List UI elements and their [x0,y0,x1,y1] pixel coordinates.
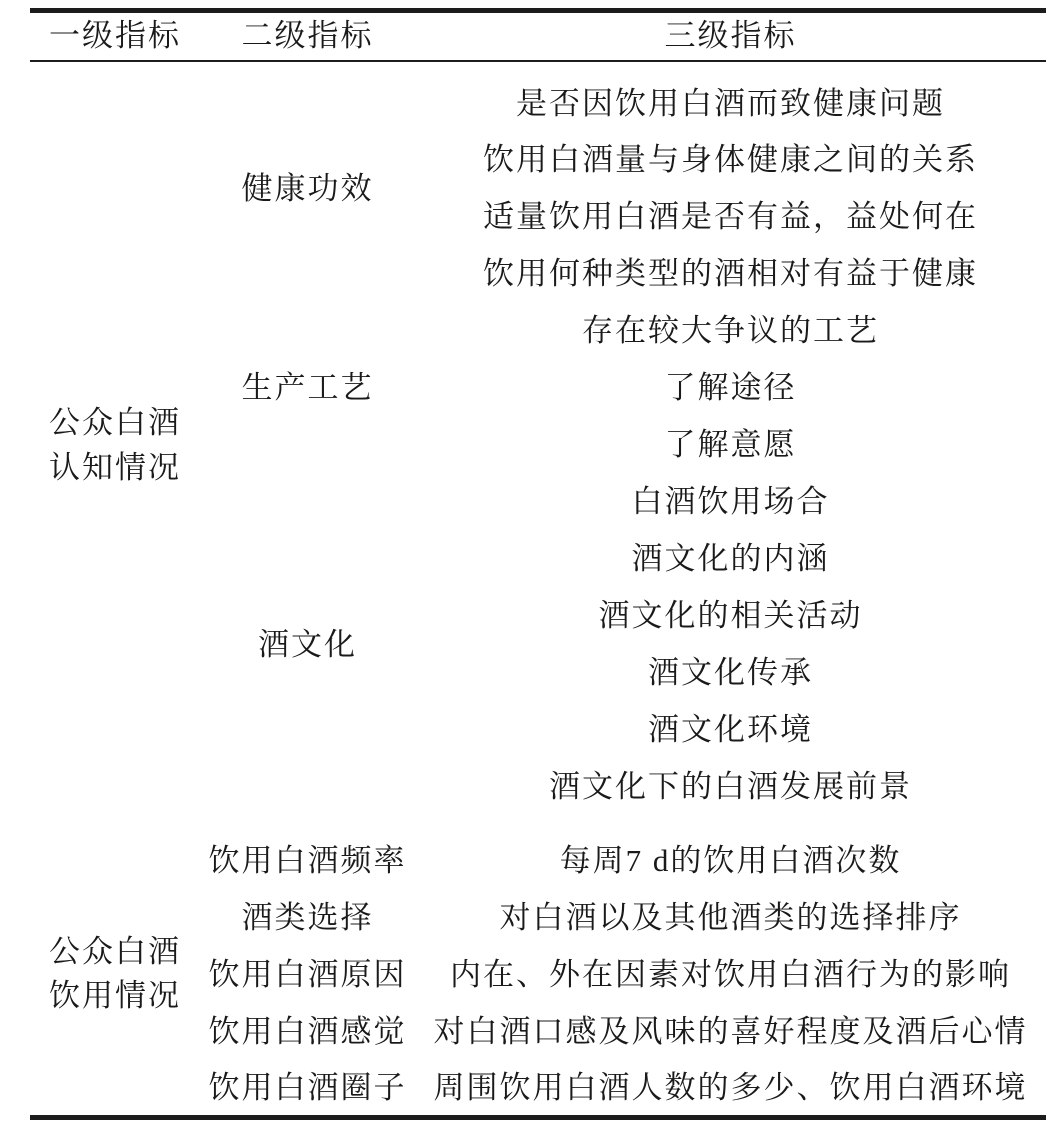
level2-cell-production-process: 生产工艺 [200,303,415,474]
level3-cell: 存在较大争议的工艺 [415,303,1046,360]
table-row: 公众白酒 认知情况 健康功效 是否因饮用白酒而致健康问题 [30,61,1046,132]
level2-cell-drinking-circle: 饮用白酒圈子 [200,1061,415,1118]
table-row: 公众白酒 饮用情况 饮用白酒频率 每周7 d的饮用白酒次数 [30,816,1046,890]
level2-cell-drinking-frequency: 饮用白酒频率 [200,816,415,890]
level3-cell: 是否因饮用白酒而致健康问题 [415,61,1046,132]
level3-cell: 对白酒以及其他酒类的选择排序 [415,890,1046,947]
col-header-level2: 二级指标 [200,11,415,61]
level3-cell: 白酒饮用场合 [415,474,1046,531]
level3-cell: 对白酒口感及风味的喜好程度及酒后心情 [415,1004,1046,1061]
level3-cell: 酒文化下的白酒发展前景 [415,759,1046,816]
level3-cell: 了解意愿 [415,417,1046,474]
col-header-level1: 一级指标 [30,11,200,61]
level1-cell-drinking: 公众白酒 饮用情况 [30,816,200,1118]
level3-cell: 内在、外在因素对饮用白酒行为的影响 [415,947,1046,1004]
page: 一级指标 二级指标 三级指标 公众白酒 认知情况 健康功效 是否因饮用白酒而致健… [0,0,1062,1144]
level2-cell-drinking-reason: 饮用白酒原因 [200,947,415,1004]
level2-cell-health-effect: 健康功效 [200,61,415,303]
indicator-table: 一级指标 二级指标 三级指标 公众白酒 认知情况 健康功效 是否因饮用白酒而致健… [30,8,1046,1120]
level3-cell: 饮用白酒量与身体健康之间的关系 [415,132,1046,189]
level3-cell: 适量饮用白酒是否有益，益处何在 [415,189,1046,246]
level2-cell-liquor-choice: 酒类选择 [200,890,415,947]
level3-cell: 饮用何种类型的酒相对有益于健康 [415,246,1046,303]
level3-cell: 酒文化环境 [415,702,1046,759]
level3-cell: 每周7 d的饮用白酒次数 [415,816,1046,890]
header-row: 一级指标 二级指标 三级指标 [30,11,1046,61]
level2-cell-wine-culture: 酒文化 [200,474,415,816]
level3-cell: 酒文化传承 [415,645,1046,702]
level3-cell: 了解途径 [415,360,1046,417]
level3-cell: 周围饮用白酒人数的多少、饮用白酒环境 [415,1061,1046,1118]
level3-cell: 酒文化的内涵 [415,531,1046,588]
level2-cell-drinking-feeling: 饮用白酒感觉 [200,1004,415,1061]
level1-cell-cognition: 公众白酒 认知情况 [30,61,200,816]
col-header-level3: 三级指标 [415,11,1046,61]
level3-cell: 酒文化的相关活动 [415,588,1046,645]
